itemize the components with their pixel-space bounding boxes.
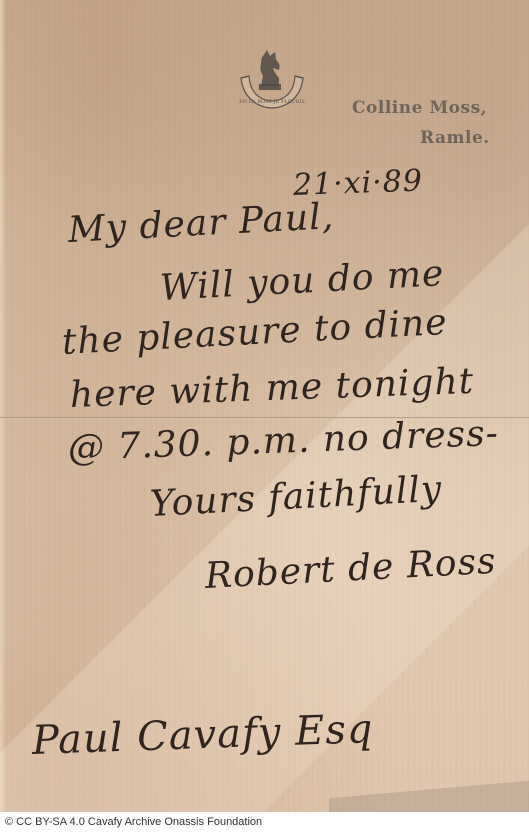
bottom-fold [329, 772, 529, 812]
document-frame: EN LA ROSE JE FLEURIS Colline Moss, Raml… [0, 0, 529, 834]
copyright-caption: © CC BY-SA 4.0 Cavafy Archive Onassis Fo… [5, 816, 262, 828]
body-line: the pleasure to dine [61, 302, 449, 363]
body-line: @ 7.30. p.m. no dress- [67, 413, 499, 469]
letterhead-address-line2: Ramle. [420, 128, 490, 148]
body-line: Will you do me [159, 253, 445, 309]
heraldic-crest-icon: EN LA ROSE JE FLEURIS [237, 48, 307, 118]
salutation: My dear Paul, [67, 196, 335, 251]
svg-text:EN LA ROSE JE FLEURIS: EN LA ROSE JE FLEURIS [239, 99, 305, 105]
letterhead-address-line1: Colline Moss, [352, 98, 487, 118]
paper-edge [0, 0, 6, 812]
letter-paper: EN LA ROSE JE FLEURIS Colline Moss, Raml… [0, 0, 529, 812]
body-line: here with me tonight [69, 361, 474, 416]
closing: Yours faithfully [149, 469, 443, 525]
signature: Robert de Ross [204, 541, 498, 597]
addressee: Paul Cavafy Esq [31, 706, 374, 764]
